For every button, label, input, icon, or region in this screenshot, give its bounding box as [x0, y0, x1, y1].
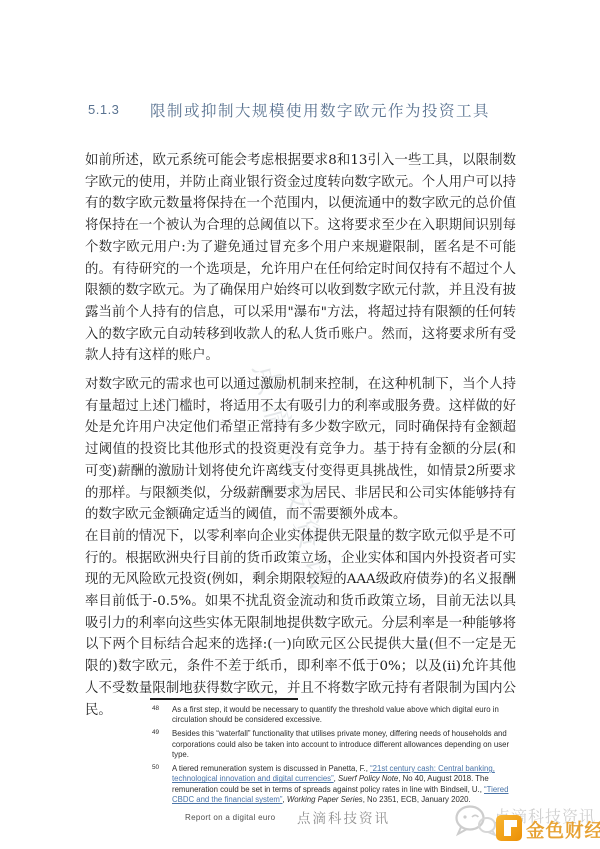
footnote-row: 49Besides this “waterfall” functionality…: [152, 729, 520, 760]
footnote-number: 49: [152, 728, 159, 738]
footer-report-title: Report on a digital euro: [185, 813, 275, 822]
chat-bubbles-icon: [452, 804, 498, 840]
footnote-segment: A tiered remuneration system is discusse…: [172, 764, 370, 773]
paragraph-limits: 如前所述，欧元系统可能会考虑根据要求8和13引入一些工具，以限制数字欧元的使用，…: [85, 150, 516, 367]
document-page: 点滴科技资讯 5.1.3 限制或抑制大规模使用数字欧元作为投资工具 如前所述，欧…: [0, 0, 600, 849]
paragraph-remuneration: 在目前的情况下，以零利率向企业实体提供无限量的数字欧元似乎是不可行的。根据欧洲央…: [85, 526, 516, 721]
footer-center-watermark: 点滴科技资讯: [297, 807, 390, 827]
corner-watermark: 点滴科技资讯 金色财经: [450, 798, 600, 849]
footnote-text: As a first step, it would be necessary t…: [172, 705, 499, 724]
body-text: 如前所述，欧元系统可能会考虑根据要求8和13引入一些工具，以限制数字欧元的使用，…: [85, 150, 516, 721]
footnote-segment: Besides this “waterfall” functionality t…: [172, 729, 509, 759]
footnote-number: 48: [152, 704, 159, 714]
footnote-segment: Suerf Policy Note: [338, 774, 398, 783]
footnotes-block: 48As a first step, it would be necessary…: [152, 705, 520, 809]
section-title: 限制或抑制大规模使用数字欧元作为投资工具: [150, 99, 490, 121]
footnote-separator: [150, 698, 298, 700]
jinse-logo-icon: [494, 813, 524, 843]
section-number: 5.1.3: [88, 102, 119, 117]
footnote-text: Besides this “waterfall” functionality t…: [172, 729, 509, 759]
footnote-number: 50: [152, 763, 159, 773]
corner-gold-watermark: 金色财经: [526, 817, 600, 843]
footnote-row: 48As a first step, it would be necessary…: [152, 705, 520, 726]
paragraph-incentives: 对数字欧元的需求也可以通过激励机制来控制，在这种机制下，当个人持有量超过上述门槛…: [85, 374, 516, 526]
footnote-segment: Working Paper Series: [287, 795, 363, 804]
footnote-segment: As a first step, it would be necessary t…: [172, 705, 499, 724]
